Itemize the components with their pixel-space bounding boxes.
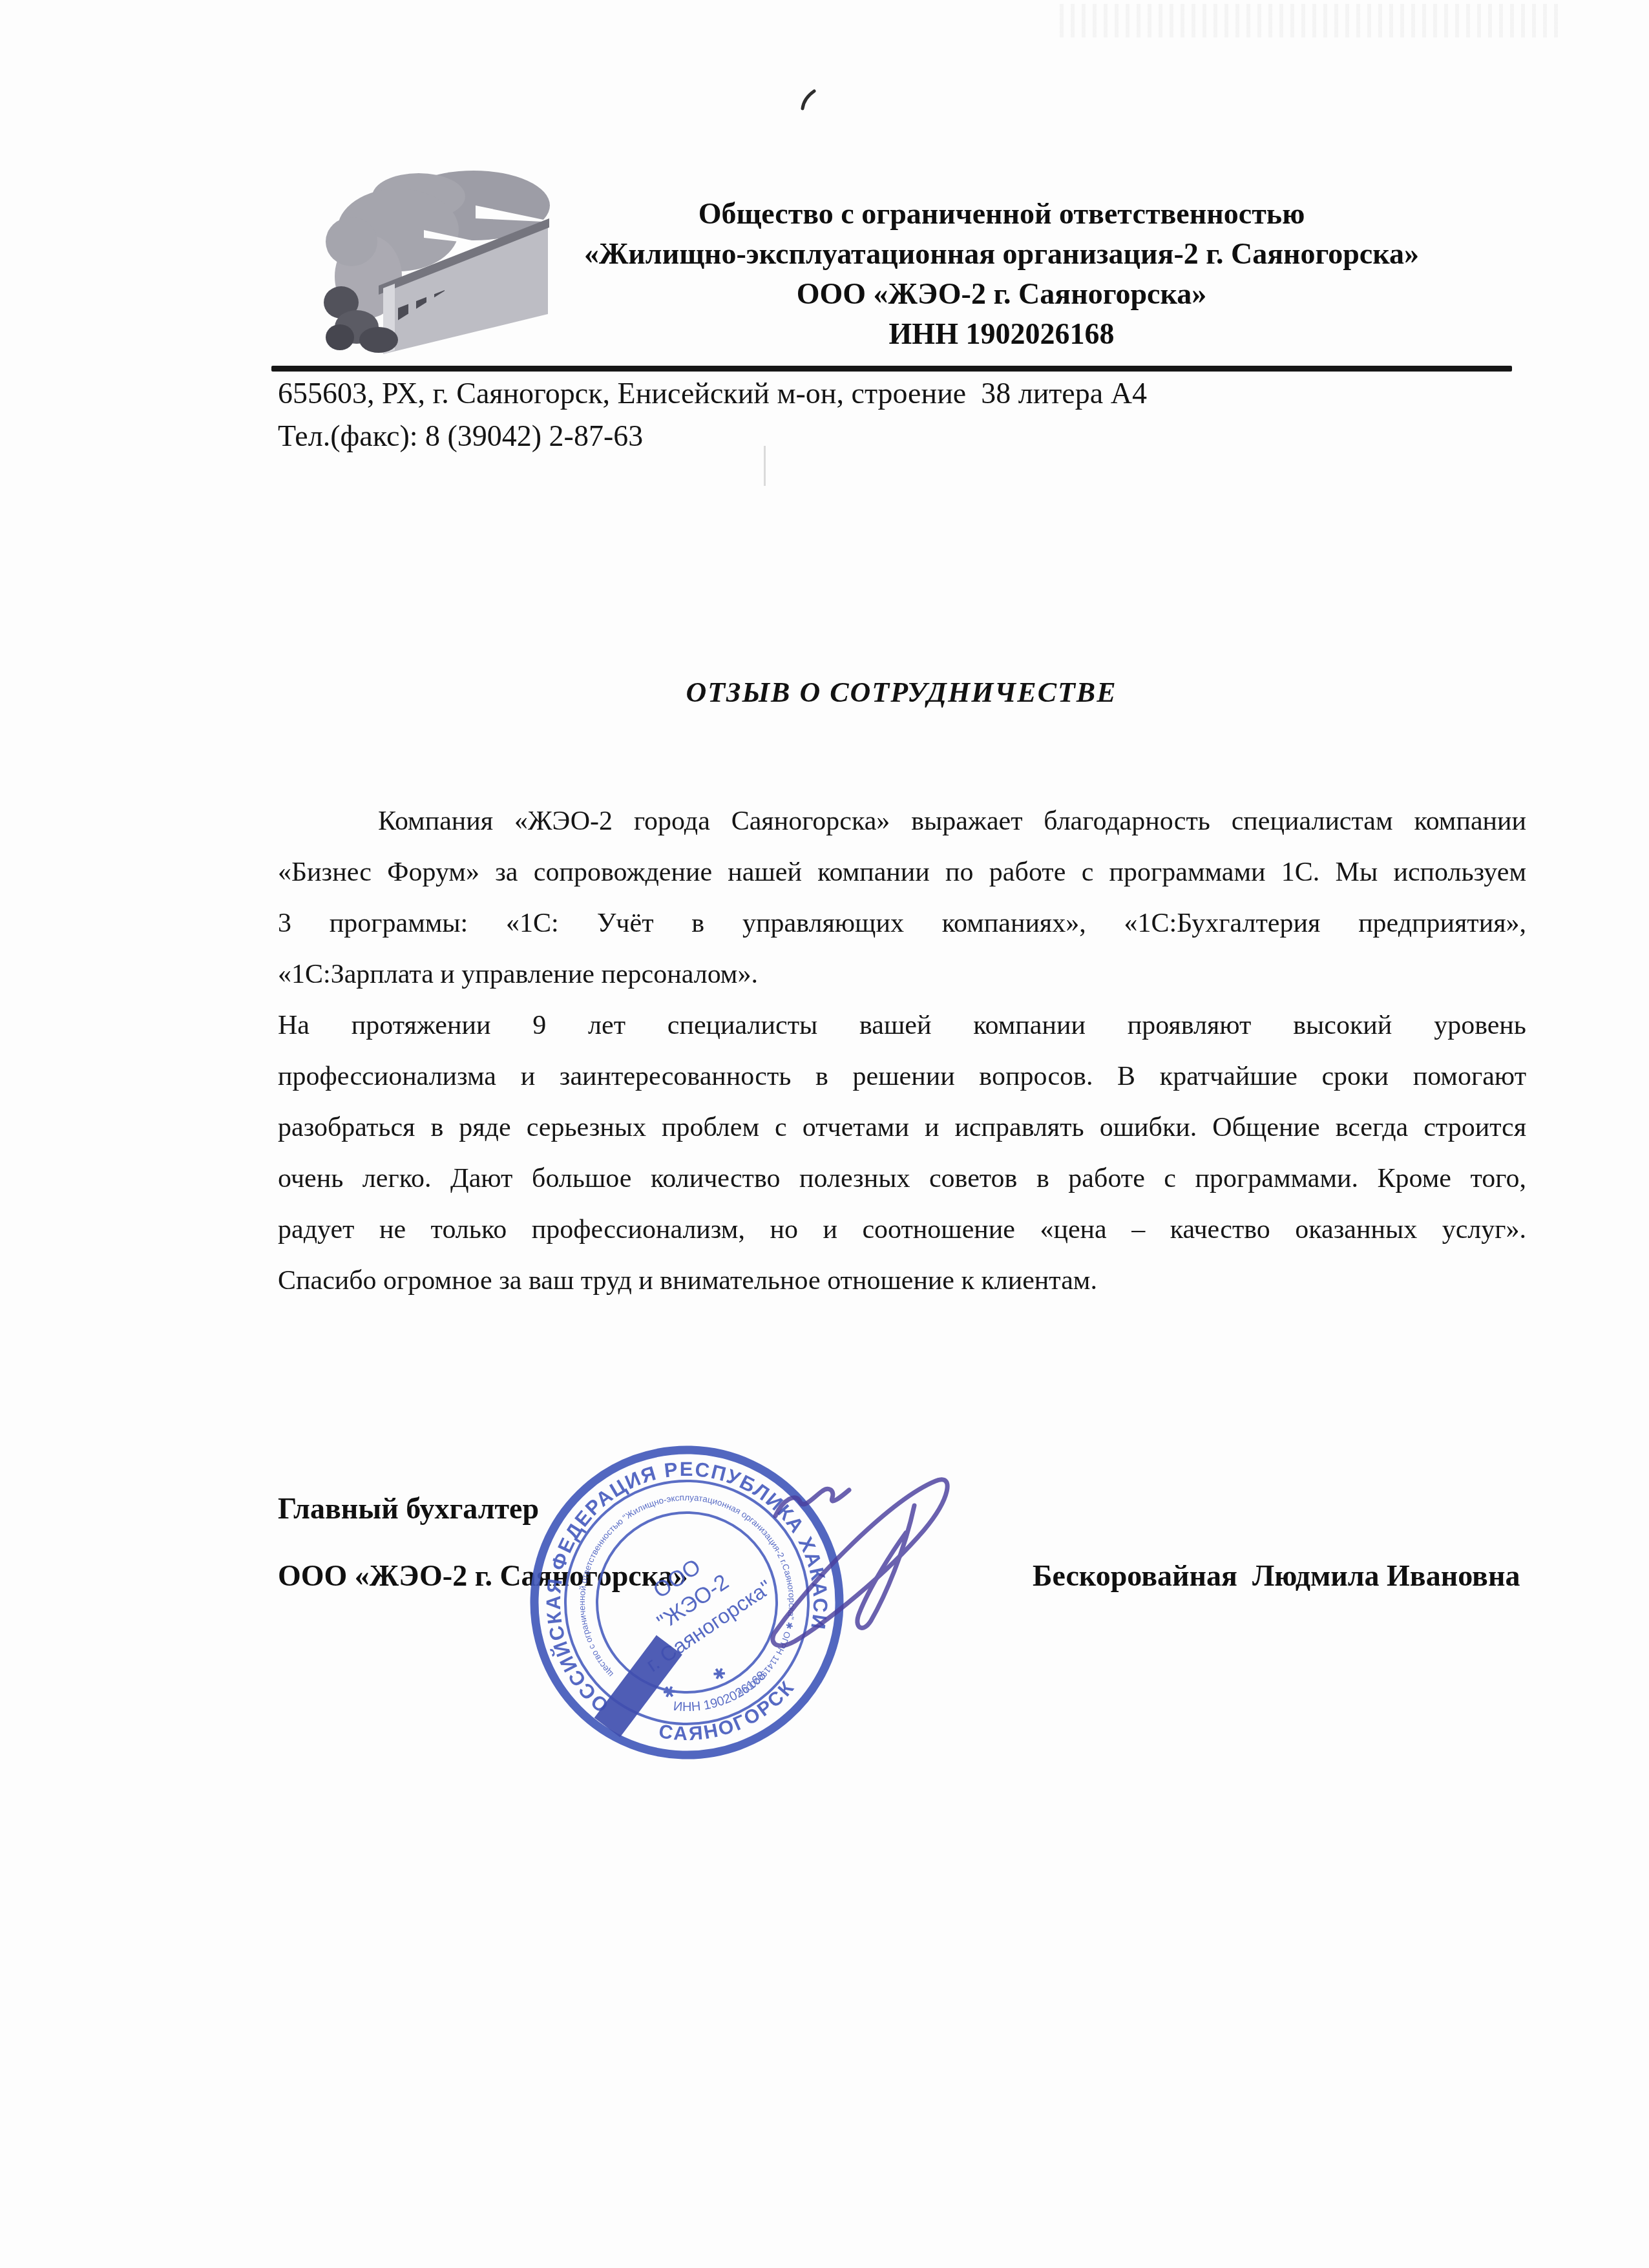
body-line: «Бизнес Форум» за сопровождение нашей ко… — [278, 847, 1526, 898]
body-line: «1С:Зарплата и управление персоналом». — [278, 949, 1526, 1000]
scan-scratch — [764, 446, 766, 486]
scanned-letter-page: { "header": { "org_type": "Общество с ог… — [0, 0, 1649, 2268]
org-type-line: Общество с ограниченной ответственностью — [452, 194, 1551, 234]
body-line: профессионализма и заинтересованность в … — [278, 1051, 1526, 1102]
signature-tail — [857, 1506, 914, 1628]
scan-speck — [800, 89, 818, 111]
body-line: разобраться в ряде серьезных проблем с о… — [278, 1102, 1526, 1153]
body-line: очень легко. Дают большое количество пол… — [278, 1153, 1526, 1204]
scan-noise — [1060, 4, 1564, 37]
phone-line: Тел.(факс): 8 (39042) 2-87-63 — [278, 419, 643, 453]
page-title: ОТЗЫВ О СОТРУДНИЧЕСТВЕ — [278, 676, 1525, 709]
letterhead-divider — [271, 366, 1512, 372]
signer-name: Бескоровайная Людмила Ивановна — [1033, 1559, 1520, 1593]
signer-post-line1: Главный бухгалтер — [278, 1491, 539, 1526]
body-line: Спасибо огромное за ваш труд и вниматель… — [278, 1255, 1526, 1307]
signature-loop — [773, 1480, 947, 1646]
letterhead: Общество с ограниченной ответственностью… — [452, 194, 1551, 354]
address-line: 655603, РХ, г. Саяногорск, Енисейский м-… — [278, 376, 1147, 410]
handwritten-signature — [730, 1457, 1002, 1670]
body-line: 3 программы: «1С: Учёт в управляющих ком… — [278, 898, 1526, 949]
signature-squiggle — [775, 1489, 849, 1516]
org-inn-line: ИНН 1902026168 — [452, 314, 1551, 354]
org-name-line: «Жилищно-эксплуатационная организация-2 … — [452, 234, 1551, 274]
body-line: На протяжении 9 лет специалисты вашей ко… — [278, 1000, 1526, 1051]
body-line: радует не только профессионализм, но и с… — [278, 1204, 1526, 1255]
org-short-line: ООО «ЖЭО-2 г. Саяногорска» — [452, 274, 1551, 314]
letter-body: Компания «ЖЭО-2 города Саяногорска» выра… — [278, 796, 1526, 1307]
body-line: Компания «ЖЭО-2 города Саяногорска» выра… — [278, 796, 1526, 847]
